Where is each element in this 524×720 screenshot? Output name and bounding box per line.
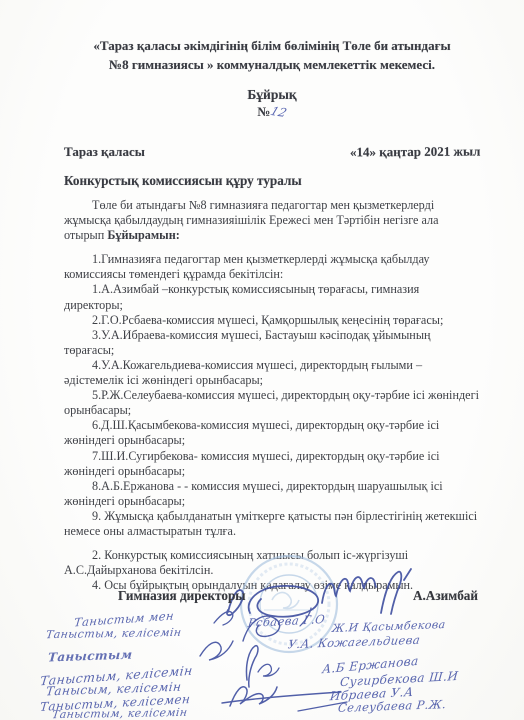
order-number-line: №12 — [64, 104, 480, 120]
member-item: 3.У.А.Ибраева-комиссия мүшесі, Бастауыш … — [64, 328, 480, 358]
item1-intro: 1.Гимназияға педагогтар мен қызметкерлер… — [64, 252, 480, 282]
handwritten-note: Таныстым мен — [73, 608, 174, 629]
member-item: 8.А.Б.Ержанова - - комиссия мүшесі, дире… — [64, 479, 480, 509]
preamble-paragraph: Төле би атындағы №8 гимназияға педагогта… — [64, 198, 480, 243]
member-item: 2.Г.О.Рсбаева-комиссия мүшесі, Қамқоршыл… — [64, 313, 480, 328]
handwritten-name: Рсбаева Г.О — [247, 612, 326, 630]
handwritten-name: Селеубаева Р.Ж. — [337, 697, 447, 715]
handwritten-note: Танысым, келісемін — [45, 680, 182, 699]
point-4: 4. Осы бұйрықтың орындалуын қадағалау өз… — [64, 578, 480, 593]
handwritten-note: Таныстым, келісемін — [39, 663, 193, 689]
organization-name-line1: «Тараз қаласы әкімдігінің білім бөліміні… — [64, 36, 480, 55]
organization-name-line2: №8 гимназиясы » коммуналдық мемлекеттік … — [64, 55, 480, 74]
handwritten-name: Ибраева У.А — [329, 685, 414, 703]
member-item: 1.А.Азимбай –конкурстық комиссиясының тө… — [64, 282, 480, 312]
handwritten-note: Таныстым, келісемен — [39, 692, 190, 714]
handwritten-name: У.А. Кожагельдиева — [287, 633, 421, 652]
handwritten-note: Таныстым, келісемін — [45, 626, 182, 641]
order-number-handwritten: 12 — [269, 103, 290, 120]
scanned-order-document: «Тараз қаласы әкімдігінің білім бөліміні… — [0, 0, 524, 720]
point-2: 2. Конкурстық комиссиясының хатшысы болы… — [64, 548, 480, 578]
order-title: Бұйрық — [64, 86, 480, 104]
handwritten-name: А.Б Ержанова — [322, 654, 420, 677]
handwritten-note: Таныстым, келісемін — [51, 706, 188, 720]
member-item: 4.У.А.Кожагельдиева-комиссия мүшесі, дир… — [64, 358, 480, 388]
order-subject: Конкурстық комиссиясын құру туралы — [64, 173, 480, 189]
member-item: 5.Р.Ж.Селеубаева-комиссия мүшесі, директ… — [64, 388, 480, 418]
preamble-bold-word: Бұйырамын: — [107, 228, 179, 242]
handwritten-name: Сугирбекова Ш.И — [339, 669, 458, 689]
member-item: 7.Ш.И.Сугирбекова- комиссия мүшесі, дире… — [64, 449, 480, 479]
organization-name: «Тараз қаласы әкімдігінің білім бөліміні… — [64, 36, 480, 74]
handwritten-name: Ж.И Қасымбекова — [331, 618, 446, 635]
city-date-row: Тараз қаласы «14» қаңтар 2021 жыл — [64, 144, 480, 160]
city-label: Тараз қаласы — [64, 144, 145, 160]
handwritten-note: Таныстым — [48, 648, 133, 665]
member-item: 6.Д.Ш.Қасымбекова-комиссия мүшесі, дирек… — [64, 418, 480, 448]
printed-content: «Тараз қаласы әкімдігінің білім бөліміні… — [0, 0, 524, 593]
date-label: «14» қаңтар 2021 жыл — [350, 144, 480, 161]
member-item: 9. Жұмысқа қабылданатын үміткерге қатыст… — [64, 509, 480, 539]
